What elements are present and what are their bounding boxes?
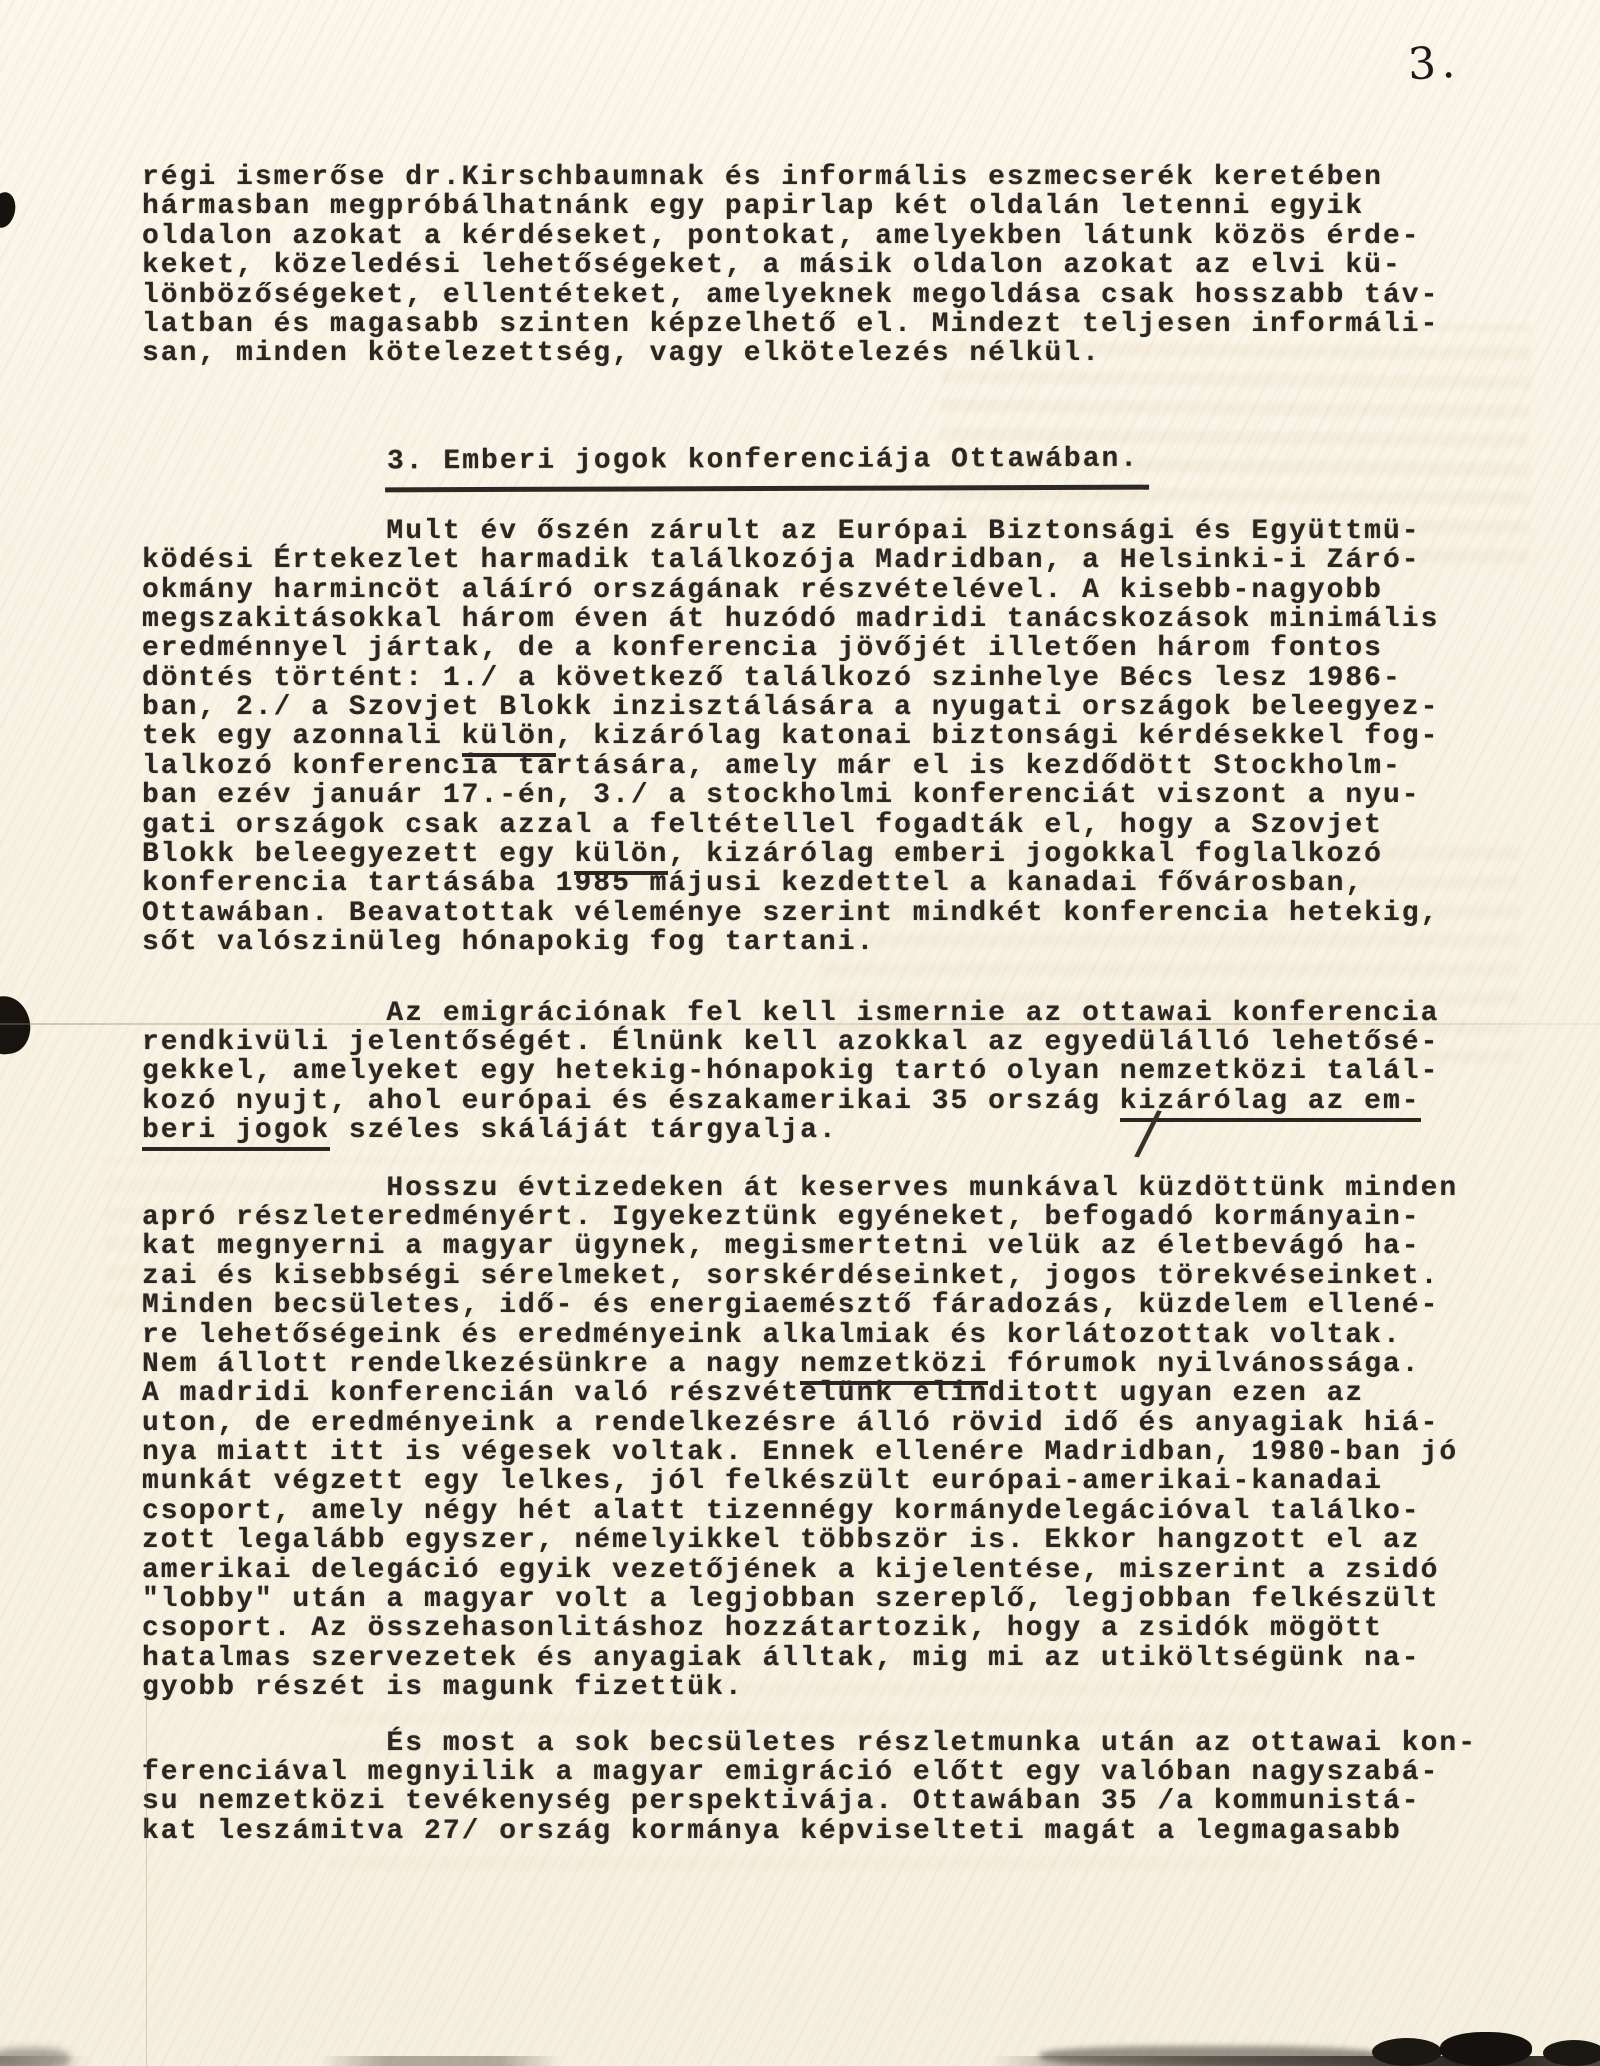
text-segment: ferenciával megnyilik a magyar emigráció… [142,1757,1439,1788]
paragraph: régi ismerőse dr.Kirschbaumnak és inform… [142,163,1512,369]
text-line: uton, de eredményeink a rendelkezésre ál… [142,1409,1512,1438]
text-segment: A madridi konferencián való részvételünk… [142,1378,1364,1409]
text-segment: amerikai delegáció egyik vezetőjének a k… [142,1555,1439,1586]
text-segment: gati országok csak azzal a feltétellel f… [142,810,1383,841]
text-line: nya miatt itt is végesek voltak. Ennek e… [142,1438,1512,1467]
text-line: Mult év őszén zárult az Európai Biztonsá… [142,517,1512,546]
document-text: régi ismerőse dr.Kirschbaumnak és inform… [142,163,1512,1846]
text-segment: hármasban megpróbálhatnánk egy papirlap … [142,191,1364,222]
text-segment: megszakitásokkal három éven át huzódó ma… [142,604,1439,635]
paragraph: És most a sok becsületes részletmunka ut… [142,1729,1512,1847]
text-segment: Blokk beleegyezett egy [142,839,574,870]
text-segment: nya miatt itt is végesek voltak. Ennek e… [142,1437,1458,1468]
text-segment: san, minden kötelezettség, vagy elkötele… [142,338,1101,369]
text-line: kat leszámitva 27/ ország kormánya képvi… [142,1817,1512,1846]
text-segment: su nemzetközi tevékenység perspektivája.… [142,1786,1421,1817]
scan-ink-blob [1440,2032,1532,2066]
text-line: ködési Értekezlet harmadik találkozója M… [142,546,1512,575]
scan-ink-blob [1372,2038,1442,2066]
text-line: oldalon azokat a kérdéseket, pontokat, a… [142,222,1512,251]
binder-mark-middle-icon [0,993,34,1057]
text-segment: zai és kisebbségi sérelmeket, sorskérdés… [142,1261,1439,1292]
text-line: ban, 2./ a Szovjet Blokk inzisztálására … [142,693,1512,722]
text-segment: lalkozó konferencia tartására, amely már… [142,751,1402,782]
text-segment: munkát végzett egy lelkes, jól felkészül… [142,1466,1383,1497]
text-segment: oldalon azokat a kérdéseket, pontokat, a… [142,221,1421,252]
text-segment: régi ismerőse dr.Kirschbaumnak és inform… [142,162,1383,193]
scanned-page: 3. régi ismerőse dr.Kirschbaumnak és inf… [0,0,1600,2066]
text-segment: hatalmas szervezetek és anyagiak álltak,… [142,1643,1421,1674]
text-segment: re lehetőségeink és eredményeink alkalmi… [142,1320,1402,1351]
text-segment: okmány harmincöt aláíró országának részv… [142,575,1383,606]
text-segment: ban, 2./ a Szovjet Blokk inzisztálására … [142,692,1439,723]
text-segment: Hosszu évtizedeken át keserves munkával … [142,1173,1458,1204]
text-line: latban és magasabb szinten képzelhető el… [142,310,1512,339]
text-segment: latban és magasabb szinten képzelhető el… [142,309,1439,340]
text-line: Hosszu évtizedeken át keserves munkával … [142,1174,1512,1203]
paper-crease [0,1023,1600,1025]
text-segment: gekkel, amelyeket egy hetekig-hónapokig … [142,1056,1439,1087]
text-line: döntés történt: 1./ a következő találkoz… [142,664,1512,693]
section-heading-wrap: 3. Emberi jogok konferenciája Ottawában. [387,445,1512,491]
text-line: zai és kisebbségi sérelmeket, sorskérdés… [142,1262,1512,1291]
text-segment: tek egy azonnali [142,721,462,752]
text-line: Blokk beleegyezett egy külön, kizárólag … [142,840,1512,869]
text-segment: konferencia tartásába 1985 májusi kezdet… [142,868,1364,899]
text-line: tek egy azonnali külön, kizárólag katona… [142,722,1512,751]
text-line: kat megnyerni a magyar ügynek, megismert… [142,1232,1512,1261]
text-segment: csoport, amely négy hét alatt tizennégy … [142,1496,1421,1527]
text-line: ferenciával megnyilik a magyar emigráció… [142,1758,1512,1787]
text-line: gekkel, amelyeket egy hetekig-hónapokig … [142,1057,1512,1086]
text-segment: kozó nyujt, ahol európai és északamerika… [142,1086,1120,1117]
binder-mark-top-icon [0,190,18,230]
text-line: régi ismerőse dr.Kirschbaumnak és inform… [142,163,1512,192]
text-line: keket, közeledési lehetőségeket, a másik… [142,251,1512,280]
paragraph: Az emigrációnak fel kell ismernie az ott… [142,999,1512,1146]
underlined-text: kizárólag az em- [1120,1086,1421,1122]
text-line: Ottawában. Beavatottak véleménye szerint… [142,899,1512,928]
text-segment: csoport. Az összehasonlitáshoz hozzátart… [142,1613,1383,1644]
text-segment: sőt valószinüleg hónapokig fog tartani. [142,927,875,958]
text-segment: Ottawában. Beavatottak véleménye szerint… [142,898,1439,929]
text-segment: széles skáláját tárgyalja. [330,1115,838,1146]
text-segment: , kizárólag katonai biztonsági kérdésekk… [556,721,1440,752]
text-segment: kat leszámitva 27/ ország kormánya képvi… [142,1816,1402,1847]
text-segment: keket, közeledési lehetőségeket, a másik… [142,250,1402,281]
text-segment: kat megnyerni a magyar ügynek, megismert… [142,1231,1421,1262]
scan-corner-smudge [0,2048,70,2066]
text-line: És most a sok becsületes részletmunka ut… [142,1729,1512,1758]
text-segment: rendkivüli jelentőségét. Élnünk kell azo… [142,1027,1439,1058]
text-line: gyobb részét is magunk fizettük. [142,1673,1512,1702]
text-line: kozó nyujt, ahol európai és északamerika… [142,1087,1512,1116]
text-line: rendkivüli jelentőségét. Élnünk kell azo… [142,1028,1512,1057]
text-segment: Nem állott rendelkezésünkre a nagy [142,1349,800,1380]
text-segment: ködési Értekezlet harmadik találkozója M… [142,545,1421,576]
text-line: hármasban megpróbálhatnánk egy papirlap … [142,192,1512,221]
text-segment: uton, de eredményeink a rendelkezésre ál… [142,1408,1439,1439]
section-heading: 3. Emberi jogok konferenciája Ottawában. [385,443,1149,492]
paragraph: Hosszu évtizedeken át keserves munkával … [142,1174,1512,1703]
text-segment: , kizárólag emberi jogokkal foglalkozó [668,839,1383,870]
text-segment: gyobb részét is magunk fizettük. [142,1672,744,1703]
text-line: A madridi konferencián való részvételünk… [142,1379,1512,1408]
text-segment: apró részleteredményért. Igyekeztünk egy… [142,1202,1421,1233]
text-line: lalkozó konferencia tartására, amely már… [142,752,1512,781]
text-line: Minden becsületes, idő- és energiaemészt… [142,1291,1512,1320]
text-line: okmány harmincöt aláíró országának részv… [142,576,1512,605]
text-line: apró részleteredményért. Igyekeztünk egy… [142,1203,1512,1232]
text-line: ban ezév január 17.-én, 3./ a stockholmi… [142,781,1512,810]
text-line: zott legalább egyszer, némelyikkel többs… [142,1526,1512,1555]
text-line: Nem állott rendelkezésünkre a nagy nemze… [142,1350,1512,1379]
text-line: csoport. Az összehasonlitáshoz hozzátart… [142,1614,1512,1643]
text-line: su nemzetközi tevékenység perspektivája.… [142,1787,1512,1816]
text-line: gati országok csak azzal a feltétellel f… [142,811,1512,840]
text-line: "lobby" után a magyar volt a legjobban s… [142,1585,1512,1614]
text-segment: döntés történt: 1./ a következő találkoz… [142,663,1402,694]
paper-fold-line [146,1690,147,2066]
text-line: re lehetőségeink és eredményeink alkalmi… [142,1321,1512,1350]
text-segment: Mult év őszén zárult az Európai Biztonsá… [142,516,1421,547]
page-number: 3. [1407,37,1462,91]
text-segment: lönbözőségeket, ellentéteket, amelyeknek… [142,280,1439,311]
text-segment: "lobby" után a magyar volt a legjobban s… [142,1584,1439,1615]
text-segment: ban ezév január 17.-én, 3./ a stockholmi… [142,780,1421,811]
text-line: eredménnyel jártak, de a konferencia jöv… [142,634,1512,663]
text-segment: fórumok nyilvánossága. [988,1349,1420,1380]
scan-smudge [1040,2046,1380,2066]
text-line: hatalmas szervezetek és anyagiak álltak,… [142,1644,1512,1673]
text-segment: Minden becsületes, idő- és energiaemészt… [142,1290,1439,1321]
text-line: sőt valószinüleg hónapokig fog tartani. [142,928,1512,957]
text-segment: És most a sok becsületes részletmunka ut… [142,1728,1477,1759]
text-line: csoport, amely négy hét alatt tizennégy … [142,1497,1512,1526]
text-line: munkát végzett egy lelkes, jól felkészül… [142,1467,1512,1496]
scan-ink-blob [1543,2040,1600,2066]
paragraph: Mult év őszén zárult az Európai Biztonsá… [142,517,1512,958]
text-line: amerikai delegáció egyik vezetőjének a k… [142,1556,1512,1585]
text-segment: zott legalább egyszer, némelyikkel többs… [142,1525,1421,1556]
text-line: megszakitásokkal három éven át huzódó ma… [142,605,1512,634]
text-line: konferencia tartásába 1985 májusi kezdet… [142,869,1512,898]
text-segment: eredménnyel jártak, de a konferencia jöv… [142,633,1383,664]
text-line: lönbözőségeket, ellentéteket, amelyeknek… [142,281,1512,310]
text-line: san, minden kötelezettség, vagy elkötele… [142,339,1512,368]
underlined-text: beri jogok [142,1115,330,1151]
